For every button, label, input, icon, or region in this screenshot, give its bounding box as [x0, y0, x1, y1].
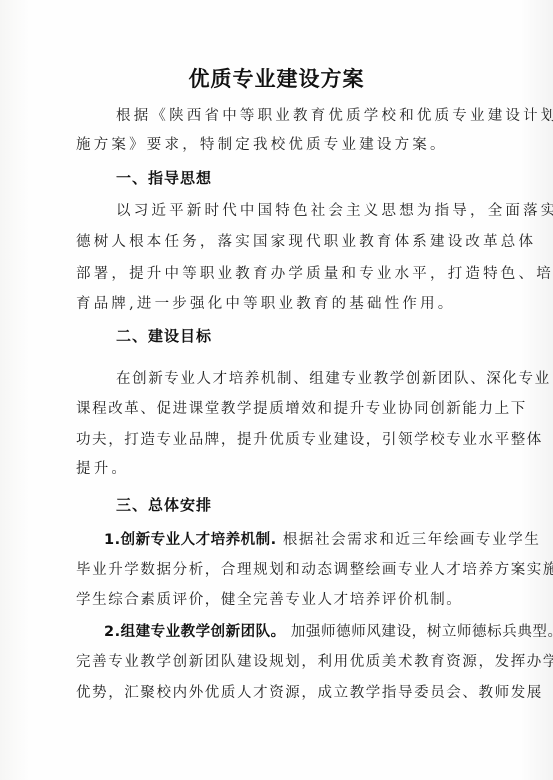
- item-1-first-rest: 根据社会需求和近三年绘画专业学生: [283, 532, 541, 548]
- section-heading-overall-arrangement: 三、总体安排: [116, 494, 212, 515]
- section-1-line-4: 育品牌,进一步强化中等职业教育的基础性作用。: [76, 292, 506, 313]
- section-1-line-2: 德树人根本任务，落实国家现代职业教育体系建设改革总体: [76, 230, 506, 251]
- section-1-line-1: 以习近平新时代中国特色社会主义思想为指导，全面落实立: [116, 199, 508, 220]
- item-1-first-line: 1.创新专业人才培养机制. 根据社会需求和近三年绘画专业学生: [104, 528, 496, 549]
- item-1-lead: 1.创新专业人才培养机制.: [104, 532, 277, 548]
- intro-line-1: 根据《陕西省中等职业教育优质学校和优质专业建设计划实: [116, 104, 508, 125]
- item-1-line-3: 学生综合素质评价，健全完善专业人才培养评价机制。: [76, 588, 506, 609]
- item-2-line-2: 完善专业教学创新团队建设规划，利用优质美术教育资源，发挥办学: [76, 650, 506, 671]
- section-heading-construction-goals: 二、建设目标: [116, 325, 212, 346]
- scanned-document-page: 优质专业建设方案 根据《陕西省中等职业教育优质学校和优质专业建设计划实 施方案》…: [0, 0, 553, 780]
- section-2-line-3: 功夫，打造专业品牌，提升优质专业建设，引领学校专业水平整体: [76, 428, 506, 449]
- section-2-line-4: 提升。: [76, 457, 506, 478]
- item-1-line-2: 毕业升学数据分析，合理规划和动态调整绘画专业人才培养方案实施: [76, 558, 506, 579]
- item-2-first-rest: 加强师德师风建设，树立师德标兵典型。: [291, 624, 553, 640]
- section-1-line-3: 部署，提升中等职业教育办学质量和专业水平，打造特色、培: [76, 262, 506, 283]
- intro-line-2: 施方案》要求，特制定我校优质专业建设方案。: [76, 133, 506, 154]
- document-title: 优质专业建设方案: [0, 63, 553, 93]
- section-heading-guiding-ideology: 一、指导思想: [116, 167, 212, 188]
- section-2-line-1: 在创新专业人才培养机制、组建专业教学创新团队、深化专业: [116, 367, 508, 388]
- item-2-first-line: 2.组建专业教学创新团队。 加强师德师风建设，树立师德标兵典型。: [104, 620, 496, 641]
- section-2-line-2: 课程改革、促进课堂教学提质增效和提升专业协同创新能力上下: [76, 397, 506, 418]
- item-2-line-3: 优势，汇聚校内外优质人才资源，成立教学指导委员会、教师发展: [76, 681, 506, 702]
- item-2-lead: 2.组建专业教学创新团队。: [104, 624, 286, 640]
